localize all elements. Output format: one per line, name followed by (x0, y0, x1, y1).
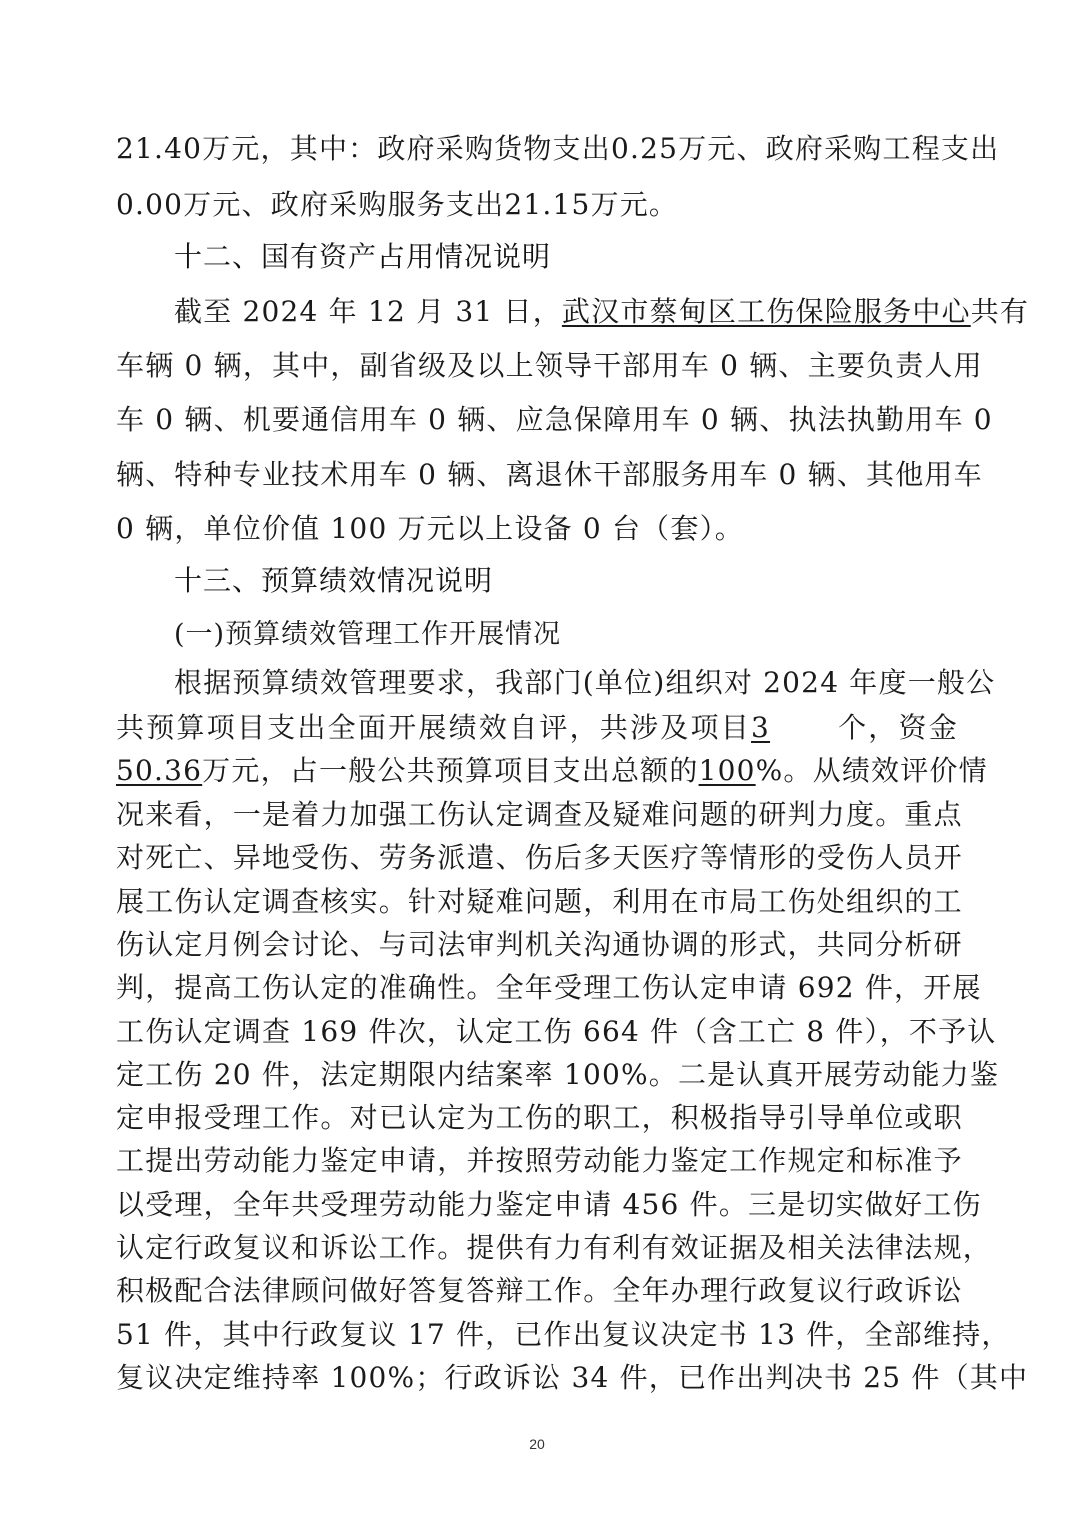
body-line: 复议决定维持率 100%；行政诉讼 34 件，已作出判决书 25 件（其中 (116, 1358, 958, 1398)
body-line: 车辆 0 辆，其中，副省级及以上领导干部用车 0 辆、主要负责人用 (116, 346, 958, 386)
body-line: 定申报受理工作。对已认定为工伤的职工，积极指导引导单位或职 (116, 1098, 958, 1138)
body-text: 共预算项目支出全面开展绩效自评，共涉及项目 (116, 711, 751, 744)
body-line: 展工伤认定调查核实。针对疑难问题，利用在市局工伤处组织的工 (116, 882, 958, 922)
document-page: 21.40万元，其中：政府采购货物支出0.25万元、政府采购工程支出 0.00万… (0, 0, 1074, 1520)
body-text: 共有 (971, 295, 1029, 328)
page-number: 20 (0, 1436, 1074, 1452)
section-heading-13: 十三、预算绩效情况说明 (174, 561, 493, 601)
body-line: 根据预算绩效管理要求，我部门(单位)组织对 2024 年度一般公 (174, 663, 958, 703)
body-line: 定工伤 20 件，法定期限内结案率 100%。二是认真开展劳动能力鉴 (116, 1055, 958, 1095)
section-heading-12: 十二、国有资产占用情况说明 (174, 237, 551, 277)
project-count: 3 (751, 708, 837, 748)
body-line: 工提出劳动能力鉴定申请，并按照劳动能力鉴定工作规定和标准予 (116, 1141, 958, 1181)
body-line: 辆、特种专业技术用车 0 辆、离退休干部服务用车 0 辆、其他用车 (116, 455, 958, 495)
body-text: %。从绩效评价情 (756, 754, 988, 787)
body-line: 0.00万元、政府采购服务支出21.15万元。 (116, 185, 958, 225)
body-line: 况来看，一是着力加强工伤认定调查及疑难问题的研判力度。重点 (116, 795, 958, 835)
body-line: 工伤认定调查 169 件次，认定工伤 664 件（含工亡 8 件），不予认 (116, 1012, 958, 1052)
body-line: 0 辆，单位价值 100 万元以上设备 0 台（套）。 (116, 509, 958, 549)
body-line: 以受理，全年共受理劳动能力鉴定申请 456 件。三是切实做好工伤 (116, 1185, 958, 1225)
body-line: 认定行政复议和诉讼工作。提供有力有利有效证据及相关法律法规， (116, 1228, 958, 1268)
body-line: 对死亡、异地受伤、劳务派遣、伤后多天医疗等情形的受伤人员开 (116, 838, 958, 878)
subsection-heading: (一)预算绩效管理工作开展情况 (174, 615, 561, 655)
body-text: 万元，占一般公共预算项目支出总额的 (202, 754, 698, 787)
body-line: 21.40万元，其中：政府采购货物支出0.25万元、政府采购工程支出 (116, 129, 958, 169)
body-line: 判，提高工伤认定的准确性。全年受理工伤认定申请 692 件，开展 (116, 968, 958, 1008)
body-line: 50.36万元，占一般公共预算项目支出总额的100%。从绩效评价情 (116, 751, 958, 791)
funds-amount: 50.36 (116, 754, 202, 787)
body-line: 车 0 辆、机要通信用车 0 辆、应急保障用车 0 辆、执法执勤用车 0 (116, 400, 958, 440)
body-line: 截至 2024 年 12 月 31 日，武汉市蔡甸区工伤保险服务中心共有 (174, 292, 958, 332)
body-line: 共预算项目支出全面开展绩效自评，共涉及项目3个，资金 (116, 708, 958, 748)
body-line: 积极配合法律顾问做好答复答辩工作。全年办理行政复议行政诉讼 (116, 1271, 958, 1311)
entity-name: 武汉市蔡甸区工伤保险服务中心 (562, 295, 971, 328)
body-line: 51 件，其中行政复议 17 件，已作出复议决定书 13 件，全部维持， (116, 1315, 958, 1355)
body-line: 伤认定月例会讨论、与司法审判机关沟通协调的形式，共同分析研 (116, 925, 958, 965)
date-text: 截至 2024 年 12 月 31 日， (174, 295, 562, 328)
body-text: 个，资金 (837, 711, 958, 744)
percent-value: 100 (699, 754, 756, 787)
